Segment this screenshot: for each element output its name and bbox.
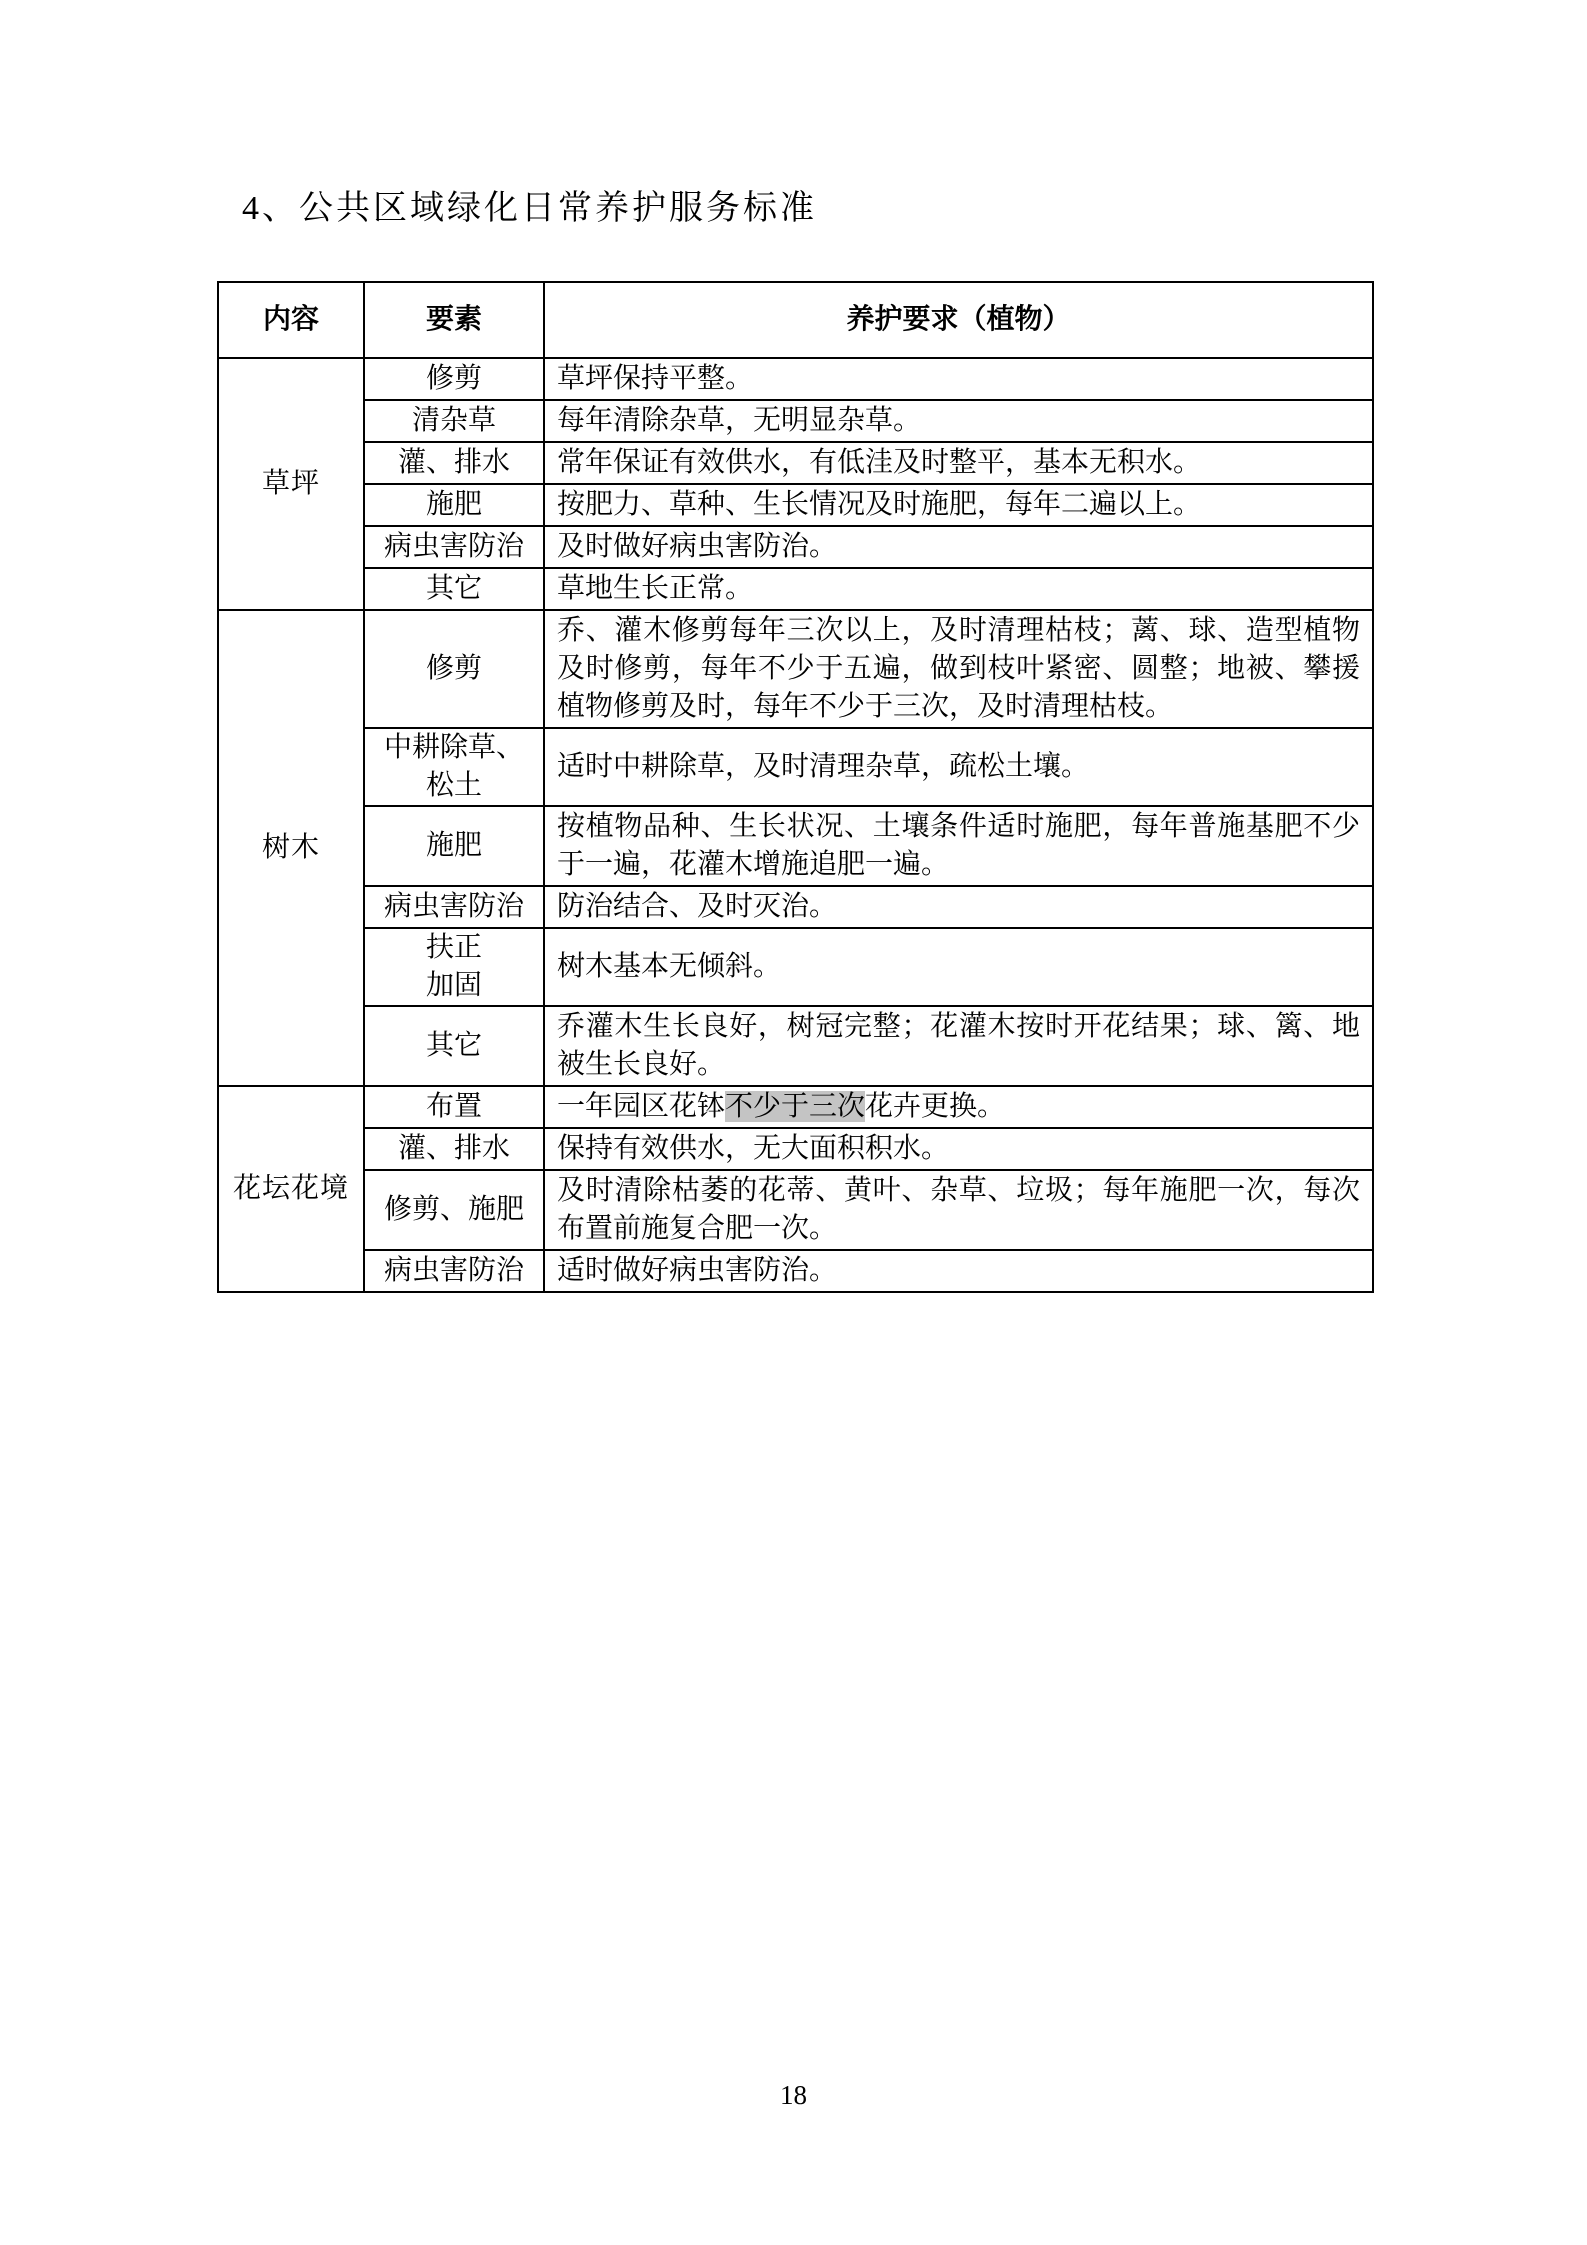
category-cell-lawn: 草坪: [218, 358, 364, 610]
table-row: 修剪、施肥 及时清除枯萎的花蒂、黄叶、杂草、垃圾；每年施肥一次，每次布置前施复合…: [218, 1170, 1373, 1250]
document-page: 4、公共区域绿化日常养护服务标准 内容 要素 养护要求（植物） 草坪 修剪 草坪…: [0, 0, 1587, 2245]
table-row: 草坪 修剪 草坪保持平整。: [218, 358, 1373, 400]
requirement-cell: 一年园区花钵不少于三次花卉更换。: [544, 1086, 1373, 1128]
table-row: 树木 修剪 乔、灌木修剪每年三次以上，及时清理枯枝；蓠、球、造型植物及时修剪，每…: [218, 610, 1373, 728]
element-text-line1: 中耕除草、: [384, 732, 524, 763]
requirement-cell: 适时做好病虫害防治。: [544, 1250, 1373, 1292]
element-cell: 修剪: [364, 610, 544, 728]
table-row: 灌、排水 常年保证有效供水，有低洼及时整平，基本无积水。: [218, 442, 1373, 484]
requirement-cell: 乔灌木生长良好，树冠完整；花灌木按时开花结果；球、篱、地被生长良好。: [544, 1006, 1373, 1086]
table-row: 其它 草地生长正常。: [218, 568, 1373, 610]
maintenance-standards-table: 内容 要素 养护要求（植物） 草坪 修剪 草坪保持平整。 清杂草 每年清除杂草，…: [217, 281, 1374, 1293]
table-row: 花坛花境 布置 一年园区花钵不少于三次花卉更换。: [218, 1086, 1373, 1128]
element-text-line2: 松土: [426, 770, 482, 801]
element-cell: 清杂草: [364, 400, 544, 442]
table-row: 施肥 按植物品种、生长状况、土壤条件适时施肥，每年普施基肥不少于一遍，花灌木增施…: [218, 806, 1373, 886]
requirement-text: 花卉更换。: [865, 1091, 1005, 1122]
requirement-cell: 及时清除枯萎的花蒂、黄叶、杂草、垃圾；每年施肥一次，每次布置前施复合肥一次。: [544, 1170, 1373, 1250]
table-row: 病虫害防治 适时做好病虫害防治。: [218, 1250, 1373, 1292]
category-cell-flowerbeds: 花坛花境: [218, 1086, 364, 1292]
element-cell: 修剪: [364, 358, 544, 400]
table-row: 扶正加固 树木基本无倾斜。: [218, 928, 1373, 1006]
requirement-cell: 草坪保持平整。: [544, 358, 1373, 400]
requirement-cell: 草地生长正常。: [544, 568, 1373, 610]
element-cell: 病虫害防治: [364, 526, 544, 568]
element-cell: 灌、排水: [364, 1128, 544, 1170]
page-title: 4、公共区域绿化日常养护服务标准: [242, 188, 817, 230]
highlighted-text: 不少于三次: [725, 1091, 865, 1122]
requirement-cell: 按植物品种、生长状况、土壤条件适时施肥，每年普施基肥不少于一遍，花灌木增施追肥一…: [544, 806, 1373, 886]
category-cell-trees: 树木: [218, 610, 364, 1086]
element-cell: 中耕除草、松土: [364, 728, 544, 806]
element-cell: 施肥: [364, 484, 544, 526]
element-cell: 修剪、施肥: [364, 1170, 544, 1250]
table-row: 施肥 按肥力、草种、生长情况及时施肥，每年二遍以上。: [218, 484, 1373, 526]
element-cell: 其它: [364, 1006, 544, 1086]
table-row: 中耕除草、松土 适时中耕除草，及时清理杂草，疏松土壤。: [218, 728, 1373, 806]
requirement-cell: 适时中耕除草，及时清理杂草，疏松土壤。: [544, 728, 1373, 806]
element-cell: 病虫害防治: [364, 886, 544, 928]
requirement-text: 一年园区花钵: [557, 1091, 725, 1122]
requirement-cell: 保持有效供水，无大面积积水。: [544, 1128, 1373, 1170]
element-cell: 布置: [364, 1086, 544, 1128]
requirement-cell: 树木基本无倾斜。: [544, 928, 1373, 1006]
requirement-cell: 每年清除杂草，无明显杂草。: [544, 400, 1373, 442]
requirement-cell: 及时做好病虫害防治。: [544, 526, 1373, 568]
requirement-cell: 乔、灌木修剪每年三次以上，及时清理枯枝；蓠、球、造型植物及时修剪，每年不少于五遍…: [544, 610, 1373, 728]
requirement-cell: 常年保证有效供水，有低洼及时整平，基本无积水。: [544, 442, 1373, 484]
table-row: 病虫害防治 防治结合、及时灭治。: [218, 886, 1373, 928]
page-number: 18: [0, 2080, 1587, 2111]
element-cell: 灌、排水: [364, 442, 544, 484]
header-content: 内容: [218, 282, 364, 358]
requirement-cell: 按肥力、草种、生长情况及时施肥，每年二遍以上。: [544, 484, 1373, 526]
element-cell: 病虫害防治: [364, 1250, 544, 1292]
element-cell: 施肥: [364, 806, 544, 886]
element-cell: 其它: [364, 568, 544, 610]
table-row: 清杂草 每年清除杂草，无明显杂草。: [218, 400, 1373, 442]
table-row: 灌、排水 保持有效供水，无大面积积水。: [218, 1128, 1373, 1170]
element-text-line1: 扶正: [426, 932, 482, 963]
header-requirement: 养护要求（植物）: [544, 282, 1373, 358]
header-element: 要素: [364, 282, 544, 358]
element-cell: 扶正加固: [364, 928, 544, 1006]
requirement-cell: 防治结合、及时灭治。: [544, 886, 1373, 928]
table-row: 其它 乔灌木生长良好，树冠完整；花灌木按时开花结果；球、篱、地被生长良好。: [218, 1006, 1373, 1086]
element-text-line2: 加固: [426, 970, 482, 1001]
table-row: 病虫害防治 及时做好病虫害防治。: [218, 526, 1373, 568]
table-header-row: 内容 要素 养护要求（植物）: [218, 282, 1373, 358]
